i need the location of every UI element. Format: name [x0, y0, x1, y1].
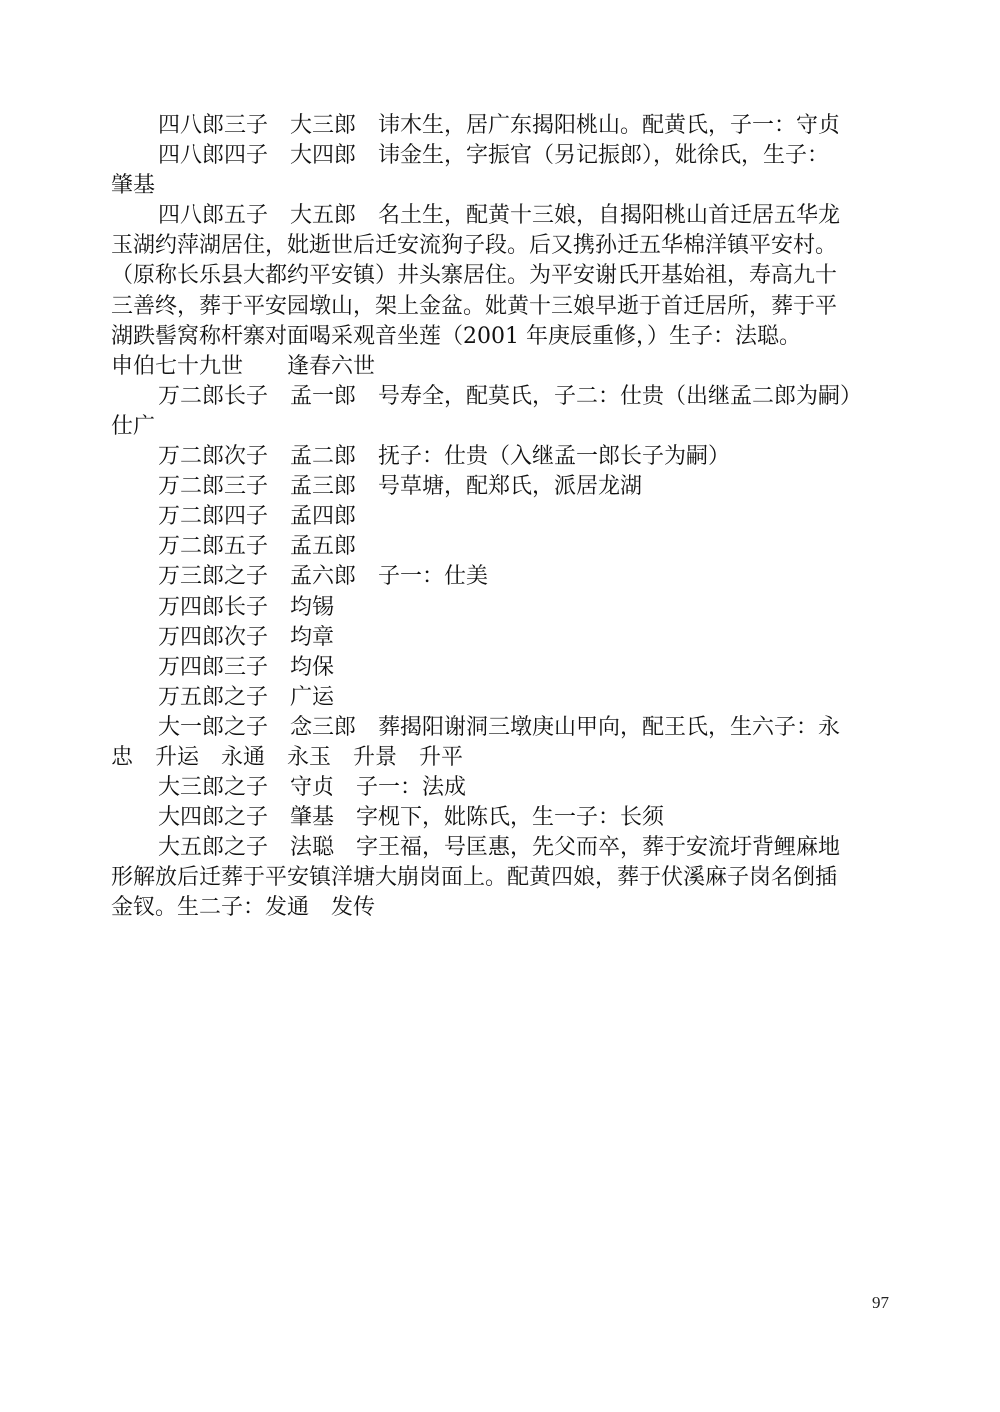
text-line: 万二郎五子 孟五郎	[111, 532, 896, 562]
text-line: 四八郎五子 大五郎 名土生，配黄十三娘，自揭阳桃山首迁居五华龙	[111, 201, 896, 231]
text-line: 玉湖约萍湖居住，妣逝世后迁安流狗子段。后又携孙迁五华棉洋镇平安村。	[111, 231, 896, 261]
text-line: 万二郎三子 孟三郎 号草塘，配郑氏，派居龙湖	[111, 472, 896, 502]
text-line: 万二郎次子 孟二郎 抚子：仕贵（入继孟一郎长子为嗣）	[111, 442, 896, 472]
generation-heading: 申伯七十九世 逢春六世	[111, 352, 896, 382]
text-line: 四八郎四子 大四郎 讳金生，字振官（另记振郎），妣徐氏，生子：	[111, 141, 896, 171]
text-line: 金钗。生二子：发通 发传	[111, 893, 896, 923]
text-line: 万三郎之子 孟六郎 子一：仕美	[111, 562, 896, 592]
text-line: 四八郎三子 大三郎 讳木生，居广东揭阳桃山。配黄氏，子一：守贞	[111, 111, 896, 141]
text-line: 万四郎长子 均锡	[111, 593, 896, 623]
text-line: 大一郎之子 念三郎 葬揭阳谢洞三墩庚山甲向，配王氏，生六子：永	[111, 713, 896, 743]
text-line: 万四郎次子 均章	[111, 623, 896, 653]
text-line: 万二郎四子 孟四郎	[111, 502, 896, 532]
text-line: 形解放后迁葬于平安镇洋塘大崩岗面上。配黄四娘，葬于伏溪麻子岗名倒插	[111, 863, 896, 893]
text-line: 仕广	[111, 412, 896, 442]
text-line: （原称长乐县大都约平安镇）井头寨居住。为平安谢氏开基始祖，寿高九十	[111, 261, 896, 291]
text-line: 万四郎三子 均保	[111, 653, 896, 683]
text-line: 大三郎之子 守贞 子一：法成	[111, 773, 896, 803]
text-line: 大五郎之子 法聪 字王福，号匡惠，先父而卒，葬于安流圩背鲤麻地	[111, 833, 896, 863]
document-body: 四八郎三子 大三郎 讳木生，居广东揭阳桃山。配黄氏，子一：守贞 四八郎四子 大四…	[111, 111, 896, 924]
text-line: 大四郎之子 肇基 字枧下，妣陈氏，生一子：长须	[111, 803, 896, 833]
page-number: 97	[872, 1293, 889, 1313]
text-line: 万五郎之子 广运	[111, 683, 896, 713]
text-line: 万二郎长子 孟一郎 号寿全，配莫氏，子二：仕贵（出继孟二郎为嗣）	[111, 382, 896, 412]
text-line: 肇基	[111, 171, 896, 201]
text-line: 三善终，葬于平安园墩山，架上金盆。妣黄十三娘早逝于首迁居所，葬于平	[111, 292, 896, 322]
text-line: 湖跌髻窝称杆寨对面喝采观音坐莲（2001 年庚辰重修，）生子：法聪。	[111, 322, 896, 352]
text-line: 忠 升运 永通 永玉 升景 升平	[111, 743, 896, 773]
